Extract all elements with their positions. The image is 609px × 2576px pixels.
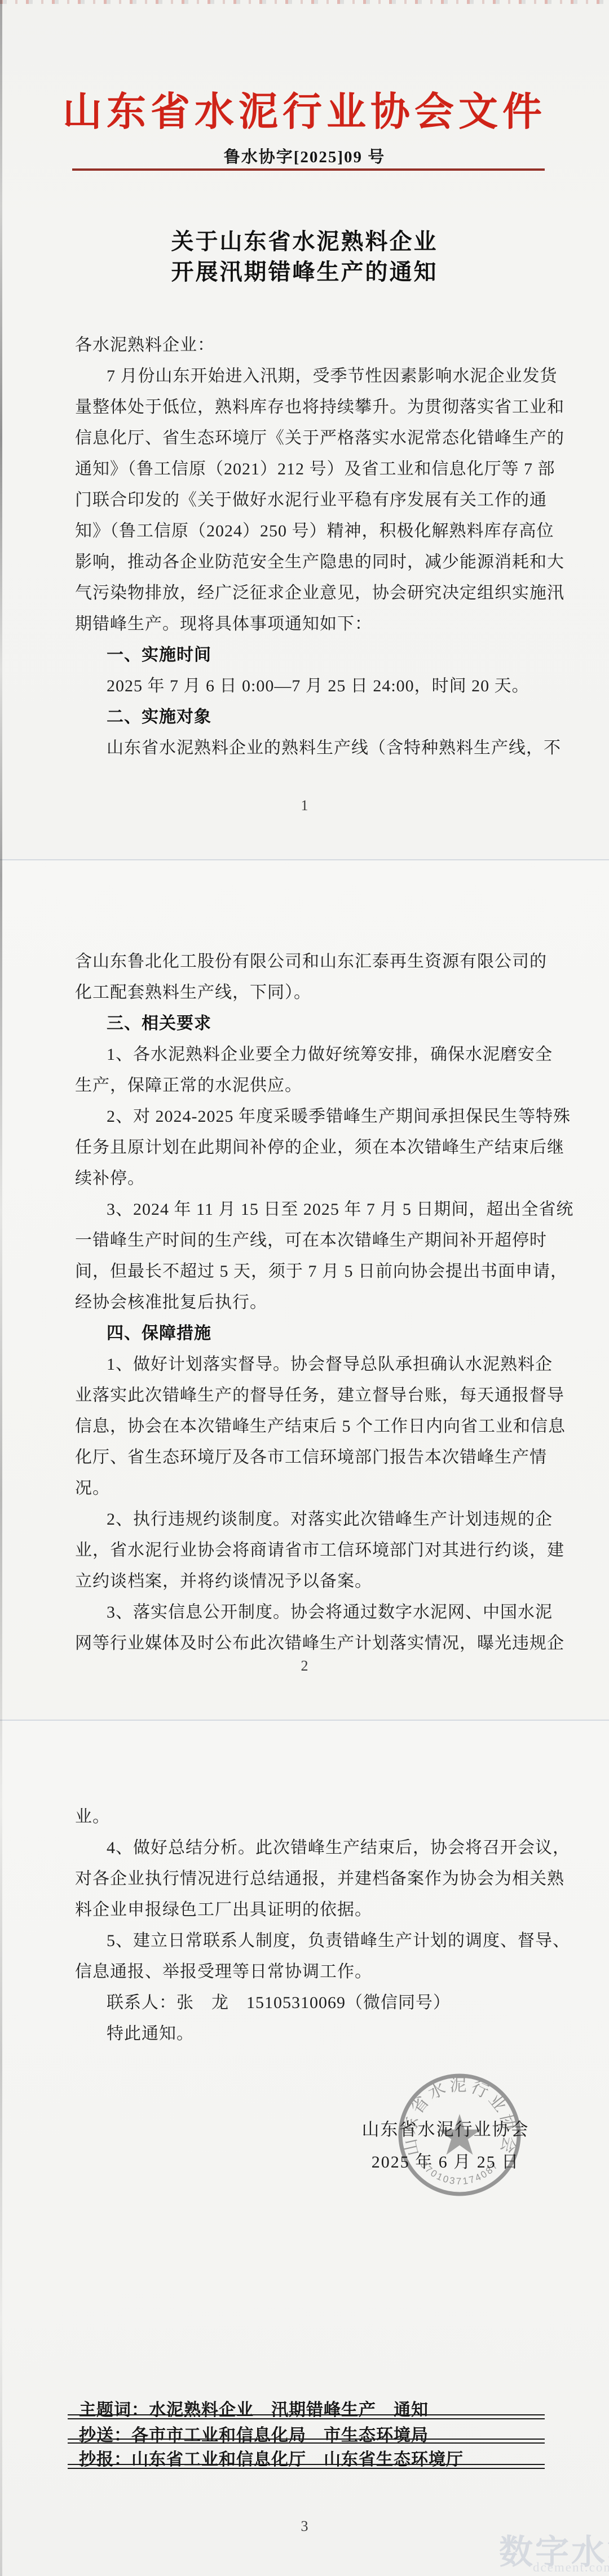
document-line: 3、2024 年 11 月 15 日至 2025 年 7 月 5 日期间，超出全… xyxy=(75,1194,543,1225)
scan-edge-artifact xyxy=(0,0,2,2576)
document-line: 生产，保障正常的水泥供应。 xyxy=(75,1070,543,1101)
document-line: 通知》（鲁工信原（2021）212 号）及省工业和信息化厅等 7 部 xyxy=(75,454,543,485)
document-line: 续补停。 xyxy=(75,1163,543,1194)
document-line: 气污染物排放，经广泛征求企业意见，协会研究决定组织实施汛 xyxy=(75,578,543,609)
document-line: 2025 年 7 月 6 日 0:00—7 月 25 日 24:00，时间 20… xyxy=(75,670,543,701)
page-1-number: 1 xyxy=(0,797,609,814)
document-line: 信息通报、举报受理等日常协调工作。 xyxy=(75,1956,543,1987)
document-line: 业落实此次错峰生产的督导任务，建立督导台账，每天通报督导 xyxy=(75,1380,543,1411)
document-line: 3、落实信息公开制度。协会将通过数字水泥网、中国水泥 xyxy=(75,1597,543,1628)
document-title-line1: 关于山东省水泥熟料企业 xyxy=(0,226,609,257)
document-line: 5、建立日常联系人制度，负责错峰生产计划的调度、督导、 xyxy=(75,1925,543,1956)
page-2-number: 2 xyxy=(0,1658,609,1675)
scan-noise-band xyxy=(0,0,609,4)
document-line: 化工配套熟料生产线，下同）。 xyxy=(75,977,543,1008)
page-1: 山东省水泥行业协会文件 鲁水协字[2025]09 号 关于山东省水泥熟料企业 开… xyxy=(0,0,609,859)
document-line: 2、对 2024-2025 年度采暖季错峰生产期间承担保民生等特殊 xyxy=(75,1101,543,1132)
document-line: 料企业申报绿色工厂出具证明的依据。 xyxy=(75,1894,543,1925)
document-line: 一错峰生产时间的生产线，可在本次错峰生产期间补开超停时 xyxy=(75,1225,543,1256)
page-2: 含山东鲁北化工股份有限公司和山东汇泰再生资源有限公司的化工配套熟料生产线，下同）… xyxy=(0,859,609,1720)
document-line: 期错峰生产。现将具体事项通知如下： xyxy=(75,609,543,639)
document-line: 业。 xyxy=(75,1801,543,1832)
document-line: 影响，推动各企业防范安全生产隐患的同时，减少能源消耗和大 xyxy=(75,547,543,578)
section-heading: 二、实施对象 xyxy=(75,701,543,732)
document-number: 鲁水协字[2025]09 号 xyxy=(0,144,609,167)
document-line: 对各企业执行情况进行总结通报，并建档备案作为协会为相关熟 xyxy=(75,1863,543,1894)
document-line: 信息，协会在本次错峰生产结束后 5 个工作日内向省工业和信息 xyxy=(75,1411,543,1442)
footer-separator-2 xyxy=(68,2439,545,2444)
watermark-dcement-url: dcement.com xyxy=(533,2560,609,2575)
document-line: 经协会核准批复后执行。 xyxy=(75,1287,543,1318)
document-line: 间，但最长不超过 5 天，须于 7 月 5 日前向协会提出书面申请， xyxy=(75,1256,543,1287)
document-line: 7 月份山东开始进入汛期，受季节性因素影响水泥企业发货 xyxy=(75,361,543,392)
signature-organization: 山东省水泥行业协会 xyxy=(333,2115,558,2140)
section-heading: 四、保障措施 xyxy=(75,1318,543,1349)
document-line: 1、做好计划落实督导。协会督导总队承担确认水泥熟料企 xyxy=(75,1349,543,1380)
page-2-body: 含山东鲁北化工股份有限公司和山东汇泰再生资源有限公司的化工配套熟料生产线，下同）… xyxy=(75,946,543,1659)
section-heading: 三、相关要求 xyxy=(75,1008,543,1039)
document-line: 特此通知。 xyxy=(75,2018,543,2049)
header-divider-rule xyxy=(72,168,545,171)
document-line: 业，省水泥行业协会将商请省市工信环境部门对其进行约谈，建 xyxy=(75,1535,543,1566)
document-line: 知》（鲁工信原（2024）250 号）精神，积极化解熟料库存高位 xyxy=(75,516,543,547)
document-title-line2: 开展汛期错峰生产的通知 xyxy=(0,257,609,287)
page-3: 业。4、做好总结分析。此次错峰生产结束后，协会将召开会议，对各企业执行情况进行总… xyxy=(0,1720,609,2576)
document-line: 4、做好总结分析。此次错峰生产结束后，协会将召开会议， xyxy=(75,1832,543,1863)
signature-date: 2025 年 6 月 25 日 xyxy=(333,2148,558,2173)
document-line: 2、执行违规约谈制度。对落实此次错峰生产计划违规的企 xyxy=(75,1504,543,1535)
document-line: 1、各水泥熟料企业要全力做好统筹安排，确保水泥磨安全 xyxy=(75,1039,543,1070)
document-line: 山东省水泥熟料企业的熟料生产线（含特种熟料生产线，不 xyxy=(75,732,543,763)
document-line: 况。 xyxy=(75,1473,543,1504)
document-line: 网等行业媒体及时公布此次错峰生产计划落实情况，曝光违规企 xyxy=(75,1628,543,1659)
page-3-body: 业。4、做好总结分析。此次错峰生产结束后，协会将召开会议，对各企业执行情况进行总… xyxy=(75,1801,543,2049)
footer-separator-1 xyxy=(68,2414,545,2419)
document-line: 信息化厅、省生态环境厅《关于严格落实水泥常态化错峰生产的 xyxy=(75,423,543,454)
footer-separator-3 xyxy=(68,2464,545,2469)
document-line: 量整体处于低位，熟料库存也将持续攀升。为贯彻落实省工业和 xyxy=(75,392,543,423)
document-line: 立约谈档案，并将约谈情况予以备案。 xyxy=(75,1566,543,1597)
document-line: 门联合印发的《关于做好水泥行业平稳有序发展有关工作的通 xyxy=(75,485,543,516)
page-1-body: 各水泥熟料企业：7 月份山东开始进入汛期，受季节性因素影响水泥企业发货量整体处于… xyxy=(75,330,543,763)
document-line: 联系人：张 龙 15105310069（微信同号） xyxy=(75,1987,543,2018)
document-line: 任务且原计划在此期间补停的企业，须在本次错峰生产结束后继 xyxy=(75,1132,543,1163)
document-line: 含山东鲁北化工股份有限公司和山东汇泰再生资源有限公司的 xyxy=(75,946,543,977)
scanned-document: 山东省水泥行业协会文件 鲁水协字[2025]09 号 关于山东省水泥熟料企业 开… xyxy=(0,0,609,2576)
document-line: 化厅、省生态环境厅及各市工信环境部门报告本次错峰生产情 xyxy=(75,1442,543,1473)
document-header-title: 山东省水泥行业协会文件 xyxy=(0,80,609,137)
document-title: 关于山东省水泥熟料企业 开展汛期错峰生产的通知 xyxy=(0,226,609,287)
document-line: 各水泥熟料企业： xyxy=(75,330,543,361)
section-heading: 一、实施时间 xyxy=(75,639,543,670)
